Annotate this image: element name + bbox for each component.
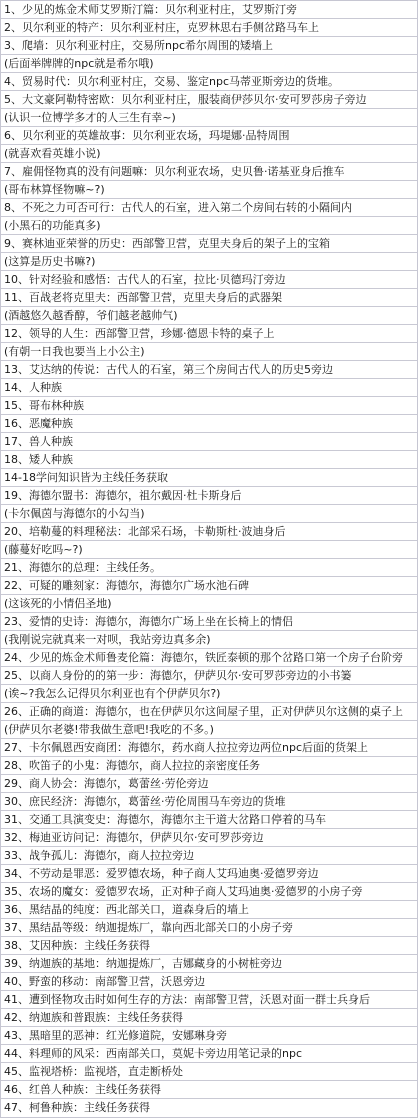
list-item: 7、雇佣怪物真的没有问题嘛：贝尔利亚农场，史贝鲁·诺基亚身后推车 [1, 163, 417, 181]
list-item: 10、针对经验和感悟：古代人的石室，拉比·贝德玛汀旁边 [1, 271, 417, 289]
list-item: 47、柯鲁种族：主线任务获得 [1, 1099, 417, 1117]
list-item-text: 1、少见的炼金术师艾罗斯汀篇：贝尔利亚村庄，艾罗斯汀旁 [4, 3, 297, 16]
list-item: 27、卡尔佩恩西安商团：海德尔，药水商人拉拉旁边两位npc后面的货架上 [1, 739, 417, 757]
list-item: 22、可疑的雕刻家：海德尔，海德尔广场水池石碑 [1, 577, 417, 595]
list-item-text: 24、少见的炼金术师鲁麦伦篇：海德尔，铁匠泰顿的那个岔路口第一个房子台阶旁 [4, 651, 403, 664]
list-item: 29、商人协会：海德尔，葛蕾丝·劳伦旁边 [1, 775, 417, 793]
list-item-text: 8、不死之力可否可行：古代人的石室，进入第二个房间右转的小隔间内 [4, 201, 352, 214]
list-item-text: 3、爬墙：贝尔利亚村庄，交易所npc希尔周围的矮墙上 [4, 39, 273, 52]
list-item-text: (就喜欢看英雄小说) [4, 147, 101, 160]
list-item: 13、艾达纳的传说：古代人的石室，第三个房间古代人的历史5旁边 [1, 361, 417, 379]
list-item: 1、少见的炼金术师艾罗斯汀篇：贝尔利亚村庄，艾罗斯汀旁 [1, 1, 417, 19]
list-item: 18、矮人种族 [1, 451, 417, 469]
list-item: 20、培勒蔓的料理秘法：北部采石场，卡勒斯杜·波迪身后 [1, 523, 417, 541]
list-item: 33、战争孤儿：海德尔，商人拉拉旁边 [1, 847, 417, 865]
list-item-text: 40、野蛮的移动：南部警卫营，沃恩旁边 [4, 975, 205, 988]
list-item: 24、少见的炼金术师鲁麦伦篇：海德尔，铁匠泰顿的那个岔路口第一个房子台阶旁 [1, 649, 417, 667]
list-item: 36、黑结晶的纯度：西北部关口，道森身后的墙上 [1, 901, 417, 919]
list-item: 28、吹笛子的小鬼：海德尔，商人拉拉的亲密度任务 [1, 757, 417, 775]
list-item: 30、庶民经济：海德尔，葛蕾丝·劳伦周围马车旁边的货堆 [1, 793, 417, 811]
list-item: 43、黑暗里的恶神：红光修道院，安娜琳身旁 [1, 1027, 417, 1045]
list-item: 45、监视塔桥：监视塔，直走断桥处 [1, 1063, 417, 1081]
list-item: 34、不劳动是罪恶：爱罗德农场，种子商人艾玛迪奥·爱德罗旁边 [1, 865, 417, 883]
list-item-text: 14-18学问知识皆为主线任务获取 [4, 471, 168, 484]
list-item-text: 36、黑结晶的纯度：西北部关口，道森身后的墙上 [4, 903, 249, 916]
list-item-text: (伊萨贝尔老婆!带我做生意吧!我吃的不多。) [4, 723, 214, 736]
list-item-text: (这该死的小情侣圣地) [4, 597, 112, 610]
list-item-text: (我刚说完就真来一对呗，我站旁边真多余) [4, 633, 211, 646]
list-item-text: 22、可疑的雕刻家：海德尔，海德尔广场水池石碑 [4, 579, 249, 592]
list-item: 11、百战老将克里夫：西部警卫营，克里夫身后的武器架 [1, 289, 417, 307]
list-item-text: 25、以商人身份的的第一步：海德尔，伊萨贝尔·安可罗莎旁边的小书篓 [4, 669, 352, 682]
list-item-text: 5、大文豪阿勒特密欧：贝尔利亚村庄，服装商伊莎贝尔·安可罗莎房子旁边 [4, 93, 367, 106]
list-item-text: 7、雇佣怪物真的没有问题嘛：贝尔利亚农场，史贝鲁·诺基亚身后推车 [4, 165, 345, 178]
list-item-text: 15、哥布林种族 [4, 399, 84, 412]
list-item: 44、料理师的风采：西南部关口，莫妮卡旁边用笔记录的npc [1, 1045, 417, 1063]
list-item: (卡尔佩茵与海德尔的小勾当) [1, 505, 417, 523]
list-item: 16、恶魔种族 [1, 415, 417, 433]
list-item: 23、爱情的史诗：海德尔，海德尔广场上坐在长椅上的情侣 [1, 613, 417, 631]
list-item-text: 35、农场的魔女：爱德罗农场，正对种子商人艾玛迪奥·爱德罗的小房子旁 [4, 885, 363, 898]
list-item-text: 38、艾因种族：主线任务获得 [4, 939, 150, 952]
list-item-text: 39、纳迦族的基地：纳迦提炼厂，吉娜藏身的小树桩旁边 [4, 957, 282, 970]
list-item-text: 30、庶民经济：海德尔，葛蕾丝·劳伦周围马车旁边的货堆 [4, 795, 286, 808]
list-item: (哥布林算怪物嘛~?) [1, 181, 417, 199]
list-item: (小黑石的功能真多) [1, 217, 417, 235]
list-item: 41、遭到怪物攻击时如何生存的方法：南部警卫营，沃恩对面一群士兵身后 [1, 991, 417, 1009]
list-item-text: 21、海德尔的总理：主线任务。 [4, 561, 161, 574]
list-item: (认识一位博学多才的人三生有幸~) [1, 109, 417, 127]
list-item: 14-18学问知识皆为主线任务获取 [1, 469, 417, 487]
list-item-text: 37、黑结晶等级：纳迦提炼厂，靠向西北部关口的小房子旁 [4, 921, 293, 934]
list-item: 9、赛林迪亚荣誉的历史：西部警卫营，克里夫身后的架子上的宝箱 [1, 235, 417, 253]
list-item-text: 14、人种族 [4, 381, 62, 394]
list-item-text: (卡尔佩茵与海德尔的小勾当) [4, 507, 145, 520]
list-item: 12、领导的人生：西部警卫营，珍娜·德恩卡特的桌子上 [1, 325, 417, 343]
list-item: 42、纳迦族和普跟族：主线任务获得 [1, 1009, 417, 1027]
list-item-text: (诶~?我怎么记得贝尔利亚也有个伊萨贝尔?) [4, 687, 220, 700]
list-item: 21、海德尔的总理：主线任务。 [1, 559, 417, 577]
list-item-text: 16、恶魔种族 [4, 417, 73, 430]
list-item: 35、农场的魔女：爱德罗农场，正对种子商人艾玛迪奥·爱德罗的小房子旁 [1, 883, 417, 901]
list-item-text: 44、料理师的风采：西南部关口，莫妮卡旁边用笔记录的npc [4, 1047, 302, 1060]
list-item-text: 46、红兽人种族：主线任务获得 [4, 1083, 161, 1096]
list-item: 37、黑结晶等级：纳迦提炼厂，靠向西北部关口的小房子旁 [1, 919, 417, 937]
list-item-text: 4、贸易时代：贝尔利亚村庄，交易、鉴定npc马蒂亚斯旁边的货堆。 [4, 75, 339, 88]
list-item: 46、红兽人种族：主线任务获得 [1, 1081, 417, 1099]
list-item-text: (酒越悠久越香醇，爷们越老越帅气) [4, 309, 178, 322]
list-item-text: 45、监视塔桥：监视塔，直走断桥处 [4, 1065, 183, 1078]
list-item-text: 28、吹笛子的小鬼：海德尔，商人拉拉的亲密度任务 [4, 759, 260, 772]
list-item-text: 6、贝尔利亚的英雄故事：贝尔利亚农场，玛堤娜·品特周围 [4, 129, 290, 142]
list-item: 26、正确的商道：海德尔，也在伊萨贝尔这间屋子里，正对伊萨贝尔这侧的桌子上 [1, 703, 417, 721]
list-item: (伊萨贝尔老婆!带我做生意吧!我吃的不多。) [1, 721, 417, 739]
list-item: 15、哥布林种族 [1, 397, 417, 415]
list-item-text: (这算是历史书嘛?) [4, 255, 95, 268]
list-item: 8、不死之力可否可行：古代人的石室，进入第二个房间右转的小隔间内 [1, 199, 417, 217]
list-item: (酒越悠久越香醇，爷们越老越帅气) [1, 307, 417, 325]
list-item-text: 19、海德尔盟书：海德尔，祖尔戴因·杜卡斯身后 [4, 489, 242, 502]
list-item: 39、纳迦族的基地：纳迦提炼厂，吉娜藏身的小树桩旁边 [1, 955, 417, 973]
list-item-text: 26、正确的商道：海德尔，也在伊萨贝尔这间屋子里，正对伊萨贝尔这侧的桌子上 [4, 705, 403, 718]
knowledge-book-list: 1、少见的炼金术师艾罗斯汀篇：贝尔利亚村庄，艾罗斯汀旁 2、贝尔利亚的特产：贝尔… [0, 0, 418, 1118]
list-item: 2、贝尔利亚的特产：贝尔利亚村庄，克罗林思右手侧岔路马车上 [1, 19, 417, 37]
list-item-text: (哥布林算怪物嘛~?) [4, 183, 105, 196]
list-item-text: 18、矮人种族 [4, 453, 73, 466]
list-item: (我刚说完就真来一对呗，我站旁边真多余) [1, 631, 417, 649]
list-item: (后面举牌牌的npc就是希尔哦) [1, 55, 417, 73]
list-item-text: (有朝一日我也要当上小公主) [4, 345, 145, 358]
list-item-text: 41、遭到怪物攻击时如何生存的方法：南部警卫营，沃恩对面一群士兵身后 [4, 993, 370, 1006]
list-item: 31、交通工具演变史：海德尔，海德尔主干道大岔路口停着的马车 [1, 811, 417, 829]
list-item: (这该死的小情侣圣地) [1, 595, 417, 613]
list-item-text: 34、不劳动是罪恶：爱罗德农场，种子商人艾玛迪奥·爱德罗旁边 [4, 867, 319, 880]
list-item-text: 12、领导的人生：西部警卫营，珍娜·德恩卡特的桌子上 [4, 327, 275, 340]
list-item: 17、兽人种族 [1, 433, 417, 451]
list-item: 5、大文豪阿勒特密欧：贝尔利亚村庄，服装商伊莎贝尔·安可罗莎房子旁边 [1, 91, 417, 109]
list-item-text: 43、黑暗里的恶神：红光修道院，安娜琳身旁 [4, 1029, 227, 1042]
list-item-text: 23、爱情的史诗：海德尔，海德尔广场上坐在长椅上的情侣 [4, 615, 293, 628]
list-item-text: 29、商人协会：海德尔，葛蕾丝·劳伦旁边 [4, 777, 209, 790]
list-item: (这算是历史书嘛?) [1, 253, 417, 271]
list-item: (诶~?我怎么记得贝尔利亚也有个伊萨贝尔?) [1, 685, 417, 703]
list-item: 6、贝尔利亚的英雄故事：贝尔利亚农场，玛堤娜·品特周围 [1, 127, 417, 145]
list-item-text: 31、交通工具演变史：海德尔，海德尔主干道大岔路口停着的马车 [4, 813, 326, 826]
list-item-text: 17、兽人种族 [4, 435, 73, 448]
list-item: 32、梅迪亚访问记：海德尔，伊萨贝尔·安可罗莎旁边 [1, 829, 417, 847]
list-item-text: (小黑石的功能真多) [4, 219, 101, 232]
list-item-text: 33、战争孤儿：海德尔，商人拉拉旁边 [4, 849, 194, 862]
list-item: 19、海德尔盟书：海德尔，祖尔戴因·杜卡斯身后 [1, 487, 417, 505]
list-item: 4、贸易时代：贝尔利亚村庄，交易、鉴定npc马蒂亚斯旁边的货堆。 [1, 73, 417, 91]
list-item: 14、人种族 [1, 379, 417, 397]
list-item: 3、爬墙：贝尔利亚村庄，交易所npc希尔周围的矮墙上 [1, 37, 417, 55]
list-item-text: 42、纳迦族和普跟族：主线任务获得 [4, 1011, 183, 1024]
list-item: (就喜欢看英雄小说) [1, 145, 417, 163]
list-item-text: 32、梅迪亚访问记：海德尔，伊萨贝尔·安可罗莎旁边 [4, 831, 264, 844]
list-item-text: 47、柯鲁种族：主线任务获得 [4, 1101, 150, 1114]
list-item: 38、艾因种族：主线任务获得 [1, 937, 417, 955]
list-item: 25、以商人身份的的第一步：海德尔，伊萨贝尔·安可罗莎旁边的小书篓 [1, 667, 417, 685]
list-item-text: 9、赛林迪亚荣誉的历史：西部警卫营，克里夫身后的架子上的宝箱 [4, 237, 330, 250]
list-item-text: 2、贝尔利亚的特产：贝尔利亚村庄，克罗林思右手侧岔路马车上 [4, 21, 319, 34]
list-item-text: 13、艾达纳的传说：古代人的石室，第三个房间古代人的历史5旁边 [4, 363, 333, 376]
list-item: (藤蔓好吃吗~?) [1, 541, 417, 559]
list-item-text: 20、培勒蔓的料理秘法：北部采石场，卡勒斯杜·波迪身后 [4, 525, 286, 538]
list-item-text: (认识一位博学多才的人三生有幸~) [4, 111, 176, 124]
list-item-text: (藤蔓好吃吗~?) [4, 543, 83, 556]
list-item-text: (后面举牌牌的npc就是希尔哦) [4, 57, 154, 70]
list-item-text: 11、百战老将克里夫：西部警卫营，克里夫身后的武器架 [4, 291, 282, 304]
list-item-text: 10、针对经验和感悟：古代人的石室，拉比·贝德玛汀旁边 [4, 273, 286, 286]
list-item: 40、野蛮的移动：南部警卫营，沃恩旁边 [1, 973, 417, 991]
list-item-text: 27、卡尔佩恩西安商团：海德尔，药水商人拉拉旁边两位npc后面的货架上 [4, 741, 368, 754]
list-item: (有朝一日我也要当上小公主) [1, 343, 417, 361]
